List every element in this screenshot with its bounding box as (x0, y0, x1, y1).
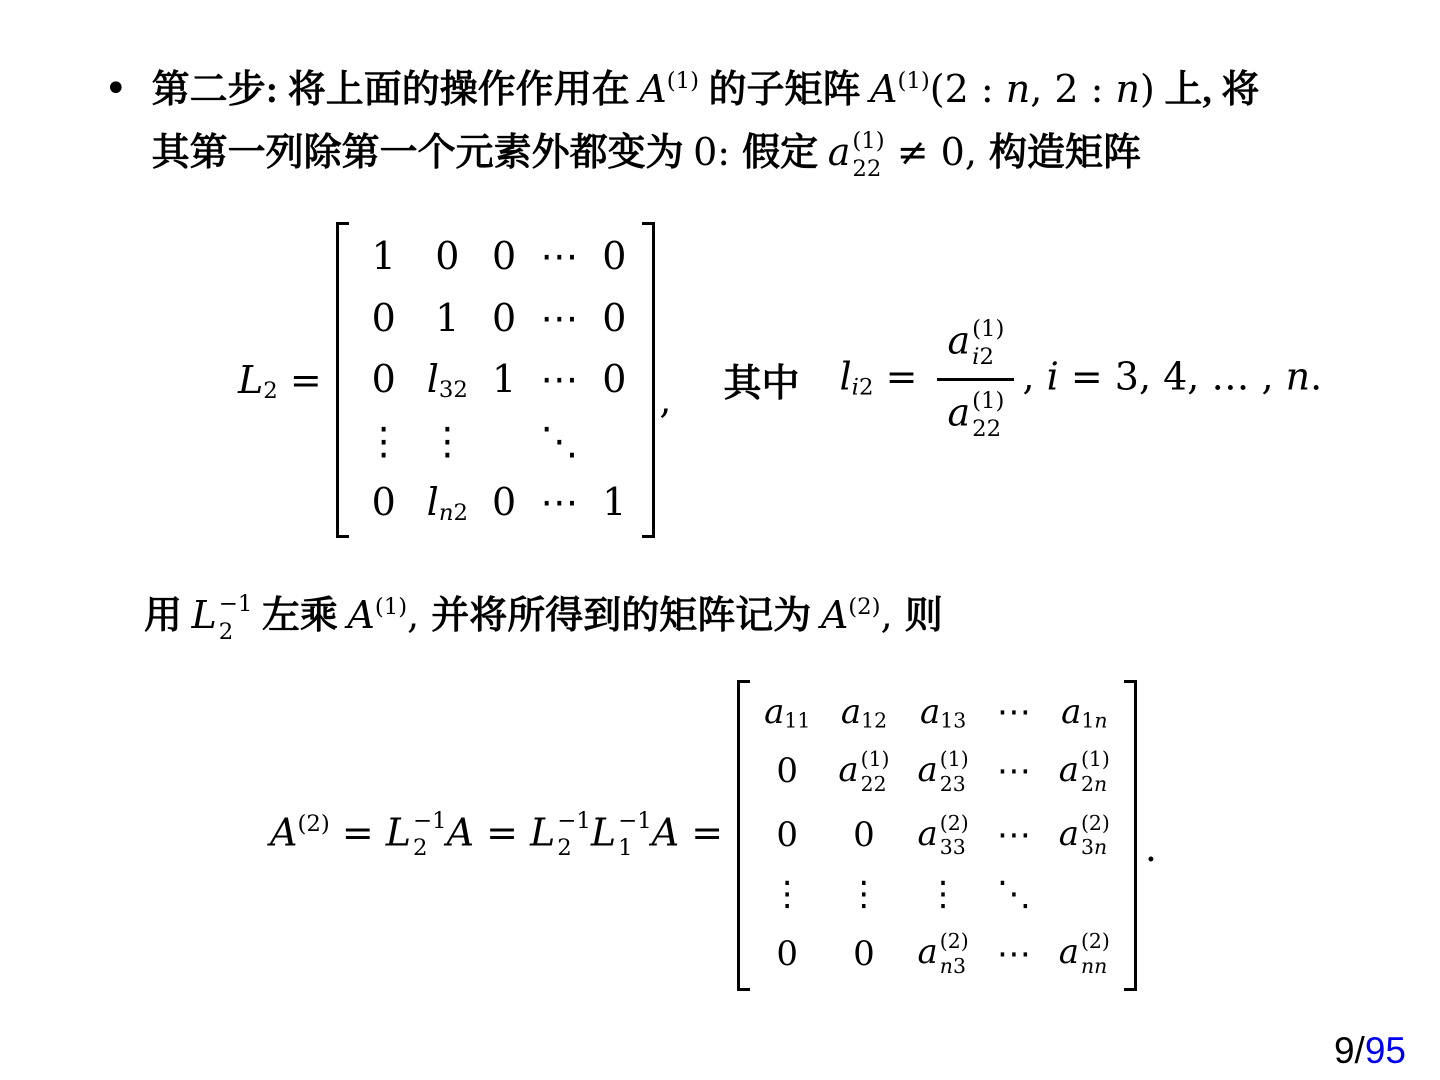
matrix-cell: ⋯ (997, 692, 1031, 733)
math-upright: 0 (853, 815, 875, 855)
math-upright: 2 (263, 378, 278, 404)
math-upright: ⋱ (997, 874, 1031, 914)
math-variable: nn (1081, 954, 1107, 978)
math-upright: ≠ 0, (885, 130, 989, 174)
math-upright: (2) (1081, 929, 1110, 953)
text-run: 则 (905, 595, 943, 637)
math-upright: ⋮ (770, 874, 804, 914)
text-run: 其第一列除第一个元素外都变为 (152, 132, 694, 174)
math-upright: ⋮ (847, 874, 881, 914)
math-upright: 22 (852, 156, 881, 182)
math-upright: = 3, 4, … , (1059, 354, 1286, 398)
matrix-cell: ⋮ (428, 419, 466, 465)
math-variable: i (1047, 354, 1059, 398)
math-upright: 2 (413, 835, 428, 861)
math-upright: (1) (861, 747, 890, 771)
bullet-line-2: 其第一列除第一个元素外都变为 0: 假定 a(1)22 ≠ 0, 构造矩阵 (152, 121, 1260, 184)
subscript: 11 (784, 708, 810, 732)
math-variable: a (947, 318, 970, 362)
bullet-line-1: 第二步: 将上面的操作作用在 A(1) 的子矩阵 A(1)(2 : n, 2 :… (152, 58, 1260, 121)
subscript: 13 (940, 708, 966, 732)
math-upright: = (679, 810, 723, 854)
fraction: a(1)i2a(1)22 (937, 314, 1014, 446)
stack-subscript: 2 (219, 619, 234, 647)
math-variable: a (1059, 813, 1079, 853)
matrix-cell: 0 (776, 751, 798, 792)
math-upright: 2 (219, 619, 234, 645)
subscript: n2 (439, 500, 468, 526)
bullet-item: • 第二步: 将上面的操作作用在 A(1) 的子矩阵 A(1)(2 : n, 2… (104, 58, 1259, 184)
matrix-cell: 1 (602, 480, 626, 526)
math-upright: ⋮ (365, 419, 403, 463)
text-run: 左乘 (252, 595, 347, 637)
math-upright: , (1022, 354, 1046, 398)
text-run: 用 (144, 595, 192, 637)
math-variable: A (270, 810, 297, 854)
math-upright: 2 (979, 344, 994, 370)
math-upright: 0 (492, 296, 516, 340)
stack-superscript: (1) (972, 316, 1004, 344)
math-variable: n (1286, 354, 1310, 398)
math-variable: n (439, 500, 454, 526)
sup-sub-stack: −12 (219, 591, 253, 647)
math-upright: = (278, 358, 322, 402)
math-upright: (1) (972, 388, 1004, 414)
math-upright: −1 (413, 808, 447, 834)
stack-subscript: 3n (1081, 835, 1107, 860)
math-upright: , 2 : (1030, 67, 1115, 111)
sup-sub-stack: (2)n3 (940, 929, 969, 979)
math-upright: 0 (776, 751, 798, 791)
L2-comma: , (659, 378, 671, 422)
math-variable: a (918, 932, 938, 972)
matrix-cell: 1 (372, 234, 396, 280)
sup-sub-stack: (1)22 (972, 388, 1004, 444)
page-number-current: 9/ (1334, 1030, 1365, 1071)
matrix-cell: a(1)2n (1059, 747, 1110, 797)
A2-matrix: a11a12a13⋯a1n0a(1)22a(1)23⋯a(1)2n00a(2)3… (737, 680, 1137, 991)
math-upright: 0 (372, 296, 396, 340)
math-variable: n (1006, 67, 1030, 111)
matrix-cell: ⋯ (540, 234, 578, 280)
sup-sub-stack: −11 (618, 808, 652, 864)
math-upright: (1) (972, 316, 1004, 342)
matrix-cell: ⋯ (997, 815, 1031, 856)
stack-superscript: (2) (1081, 929, 1110, 954)
matrix-bracket-right (1124, 680, 1137, 991)
stack-superscript: −1 (219, 591, 253, 619)
matrix-cell: 0 (372, 296, 396, 342)
math-upright: (2) (848, 594, 880, 620)
fraction-numerator: a(1)i2 (937, 314, 1014, 379)
math-upright: (1) (897, 68, 929, 94)
matrix-cell: 0 (602, 234, 626, 280)
math-upright: = (330, 810, 386, 854)
superscript: (1) (667, 68, 699, 94)
sup-sub-stack: (2)33 (940, 811, 969, 861)
matrix-cell: ⋮ (770, 874, 804, 915)
stack-subscript: 23 (940, 772, 966, 797)
math-upright: 0: (693, 130, 742, 174)
math-upright: ⋯ (540, 480, 578, 524)
text-run: 上, 将 (1155, 69, 1260, 111)
math-variable: n (940, 954, 953, 978)
stack-superscript: (1) (861, 747, 890, 772)
math-variable: a (838, 750, 858, 790)
math-upright: = (474, 810, 530, 854)
math-upright: ⋯ (997, 934, 1031, 974)
math-upright: ⋮ (926, 874, 960, 914)
matrix-cell: ln2 (427, 480, 468, 526)
math-upright: 1 (602, 480, 626, 524)
sup-sub-stack: (1)2n (1081, 747, 1110, 797)
stack-subscript: 22 (972, 416, 1001, 444)
math-variable: L (238, 358, 263, 402)
sup-sub-stack: (2)3n (1081, 811, 1110, 861)
math-variable: a (918, 813, 938, 853)
matrix-cell: 0 (372, 357, 396, 403)
math-variable: n (1094, 708, 1107, 732)
matrix-cell: a(2)33 (918, 811, 969, 861)
math-upright: 12 (861, 708, 887, 732)
matrix-cell: 0 (435, 234, 459, 280)
subscript: i2 (852, 375, 874, 401)
superscript: (1) (375, 594, 407, 620)
math-upright: (2) (1081, 811, 1110, 835)
math-variable: a (1061, 692, 1081, 732)
math-variable: n (1094, 835, 1107, 859)
math-variable: i (852, 375, 859, 401)
stack-subscript: 2 (557, 835, 572, 863)
stack-superscript: −1 (618, 808, 652, 836)
text-run: 假定 (742, 132, 828, 174)
matrix-bracket-right (642, 222, 655, 538)
matrix-cell: 1 (435, 296, 459, 342)
matrix-cell: ⋱ (540, 419, 578, 465)
math-upright: 23 (940, 772, 966, 796)
stack-subscript: n3 (940, 954, 966, 979)
equation-A2: A(2) = L−12A = L−12L−11A = a11a12a13⋯a1n… (270, 680, 1157, 991)
L2-matrix: 100⋯0010⋯00l321⋯0⋮⋮⋱0ln20⋯1 (336, 222, 656, 538)
matrix-cell: ⋮ (926, 874, 960, 915)
math-variable: A (652, 810, 679, 854)
L2-lhs: L2 = (238, 358, 322, 403)
stack-superscript: (1) (1081, 747, 1110, 772)
math-upright: 1 (372, 234, 396, 278)
matrix-cell: ⋮ (365, 419, 403, 465)
math-upright: 0 (492, 480, 516, 524)
stack-subscript: 22 (861, 772, 887, 797)
stack-subscript: 2n (1081, 772, 1107, 797)
math-upright: 32 (439, 377, 468, 403)
math-variable: A (347, 593, 374, 637)
math-upright: 0 (602, 357, 626, 401)
math-upright: 0 (602, 296, 626, 340)
math-upright: (1) (375, 594, 407, 620)
math-upright: 1 (1081, 708, 1094, 732)
subscript: 2 (263, 378, 278, 404)
math-upright: 33 (940, 835, 966, 859)
sup-sub-stack: (1)23 (940, 747, 969, 797)
math-upright: , (407, 593, 431, 637)
math-upright: (2) (940, 811, 969, 835)
matrix-cell: 0 (372, 480, 396, 526)
math-upright: 22 (861, 772, 887, 796)
math-upright: 1 (492, 357, 516, 401)
superscript: (2) (848, 594, 880, 620)
math-variable: a (947, 391, 970, 435)
math-upright: , (881, 593, 905, 637)
math-upright: 0 (776, 934, 798, 974)
math-upright: 3 (1081, 835, 1094, 859)
text-run: 构造矩阵 (989, 132, 1141, 174)
matrix-cell: 0 (492, 234, 516, 280)
math-variable: a (841, 692, 861, 732)
matrix-cell: a(2)nn (1059, 929, 1110, 979)
matrix-grid: a11a12a13⋯a1n0a(1)22a(1)23⋯a(1)2n00a(2)3… (750, 680, 1124, 991)
math-upright: ⋮ (428, 419, 466, 463)
math-upright: 1 (618, 835, 633, 861)
matrix-bracket-left (737, 680, 750, 991)
math-upright: (1) (1081, 747, 1110, 771)
matrix-grid: 100⋯0010⋯00l321⋯0⋮⋮⋱0ln20⋯1 (349, 222, 643, 538)
matrix-cell: 0 (853, 934, 875, 975)
equation-L2: L2 = 100⋯0010⋯00l321⋯0⋮⋮⋱0ln20⋯1 , 其中 li… (238, 222, 1322, 538)
sup-sub-stack: (1)i2 (972, 316, 1004, 372)
matrix-bracket-left (336, 222, 349, 538)
stack-superscript: (2) (1081, 811, 1110, 836)
L2-where-formula: li2 = a(1)i2a(1)22, i = 3, 4, … , n. (840, 314, 1323, 446)
math-upright: ⋯ (540, 296, 578, 340)
stack-superscript: (1) (972, 388, 1004, 416)
matrix-cell: a12 (841, 692, 887, 733)
stack-subscript: nn (1081, 954, 1107, 979)
matrix-cell: 0 (492, 480, 516, 526)
superscript: (2) (297, 811, 329, 837)
A2-period: . (1145, 826, 1157, 870)
math-upright: 0 (372, 357, 396, 401)
sup-sub-stack: (2)nn (1081, 929, 1110, 979)
math-variable: A (447, 810, 474, 854)
math-upright: (1) (852, 128, 884, 154)
math-upright: −1 (618, 808, 652, 834)
math-variable: a (1059, 750, 1079, 790)
matrix-cell: a(1)22 (838, 747, 889, 797)
matrix-cell: 0 (776, 934, 798, 975)
math-variable: a (764, 692, 784, 732)
subscript: 32 (439, 377, 468, 403)
matrix-cell: 0 (853, 815, 875, 856)
stack-superscript: (2) (940, 929, 969, 954)
matrix-cell: ⋮ (847, 874, 881, 915)
math-upright: ⋯ (540, 234, 578, 278)
math-upright: 0 (776, 815, 798, 855)
math-upright: 2 (859, 375, 874, 401)
matrix-cell: ⋱ (997, 874, 1031, 915)
math-variable: L (192, 593, 217, 637)
matrix-cell: 0 (602, 357, 626, 403)
stack-superscript: −1 (557, 808, 591, 836)
math-upright: 13 (940, 708, 966, 732)
math-upright: 22 (972, 416, 1001, 442)
math-variable: a (918, 750, 938, 790)
math-upright: 0 (602, 234, 626, 278)
math-upright: 2 (1081, 772, 1094, 796)
matrix-cell: a11 (764, 692, 810, 733)
matrix-cell: ⋯ (540, 480, 578, 526)
stack-subscript: 22 (852, 156, 881, 184)
page-number-total: 95 (1365, 1030, 1406, 1071)
mid-text: 用 L−12 左乘 A(1), 并将所得到的矩阵记为 A(2), 则 (144, 584, 943, 647)
math-variable: n (1094, 772, 1107, 796)
math-upright: ⋯ (540, 357, 578, 401)
matrix-cell: 0 (776, 815, 798, 856)
math-upright: ⋯ (997, 692, 1031, 732)
stack-subscript: 2 (413, 835, 428, 863)
page-number: 9/95 (1334, 1031, 1406, 1072)
subscript: 1n (1081, 708, 1107, 732)
math-variable: A (639, 67, 666, 111)
bullet-text: 第二步: 将上面的操作作用在 A(1) 的子矩阵 A(1)(2 : n, 2 :… (152, 58, 1260, 184)
A2-lhs: A(2) = L−12A = L−12L−11A = (270, 808, 723, 864)
superscript: (1) (897, 68, 929, 94)
math-upright: ⋱ (540, 419, 578, 463)
stack-subscript: 1 (618, 835, 633, 863)
math-variable: L (386, 810, 411, 854)
sup-sub-stack: (1)22 (852, 128, 884, 184)
stack-subscript: 33 (940, 835, 966, 860)
math-upright: (2) (297, 811, 329, 837)
math-variable: l (427, 480, 439, 524)
math-upright: 2 (454, 500, 469, 526)
math-upright: ⋯ (997, 751, 1031, 791)
stack-subscript: i2 (972, 344, 994, 372)
math-variable: a (828, 130, 851, 174)
math-variable: l (427, 357, 439, 401)
math-upright: . (1310, 354, 1322, 398)
math-upright: ) (1140, 67, 1155, 111)
matrix-cell: ⋯ (540, 296, 578, 342)
math-upright: 3 (953, 954, 966, 978)
sup-sub-stack: −12 (413, 808, 447, 864)
matrix-cell: 1 (492, 357, 516, 403)
math-variable: l (840, 354, 852, 398)
text-run: 并将所得到的矩阵记为 (431, 595, 821, 637)
math-variable: L (530, 810, 555, 854)
matrix-cell: 0 (602, 296, 626, 342)
slide: • 第二步: 将上面的操作作用在 A(1) 的子矩阵 A(1)(2 : n, 2… (0, 0, 1440, 1080)
stack-superscript: (1) (940, 747, 969, 772)
math-upright: (1) (667, 68, 699, 94)
math-upright: ⋯ (997, 815, 1031, 855)
math-upright: (1) (940, 747, 969, 771)
math-variable: a (920, 692, 940, 732)
matrix-cell: ⋯ (540, 357, 578, 403)
subscript: 12 (861, 708, 887, 732)
math-variable: a (1059, 932, 1079, 972)
math-upright: 2 (557, 835, 572, 861)
matrix-cell: ⋯ (997, 934, 1031, 975)
matrix-cell: a(2)n3 (918, 929, 969, 979)
math-variable: A (821, 593, 848, 637)
math-upright: 0 (435, 234, 459, 278)
stack-superscript: −1 (413, 808, 447, 836)
stack-superscript: (2) (940, 811, 969, 836)
math-upright: 1 (435, 296, 459, 340)
math-upright: 0 (492, 234, 516, 278)
math-variable: n (1116, 67, 1140, 111)
math-upright: (2) (940, 929, 969, 953)
matrix-cell: 0 (492, 296, 516, 342)
text-run: 的子矩阵 (699, 69, 870, 111)
math-upright: (2 : (930, 67, 1006, 111)
math-upright: 0 (372, 480, 396, 524)
math-variable: L (591, 810, 616, 854)
math-upright: 11 (784, 708, 810, 732)
where-label: 其中 (724, 352, 800, 407)
math-variable: A (870, 67, 897, 111)
bullet-marker: • (104, 58, 128, 184)
math-upright: = (873, 354, 929, 398)
sup-sub-stack: (1)22 (861, 747, 890, 797)
matrix-cell: l32 (427, 357, 468, 403)
matrix-cell: a1n (1061, 692, 1107, 733)
fraction-denominator: a(1)22 (937, 378, 1014, 446)
matrix-cell: a13 (920, 692, 966, 733)
math-upright: −1 (219, 591, 253, 617)
matrix-cell: a(1)23 (918, 747, 969, 797)
stack-superscript: (1) (852, 128, 884, 156)
math-upright: 0 (853, 934, 875, 974)
matrix-cell: ⋯ (997, 751, 1031, 792)
matrix-cell: a(2)3n (1059, 811, 1110, 861)
math-upright: −1 (557, 808, 591, 834)
text-run: 第二步: 将上面的操作作用在 (152, 69, 640, 111)
sup-sub-stack: −12 (557, 808, 591, 864)
